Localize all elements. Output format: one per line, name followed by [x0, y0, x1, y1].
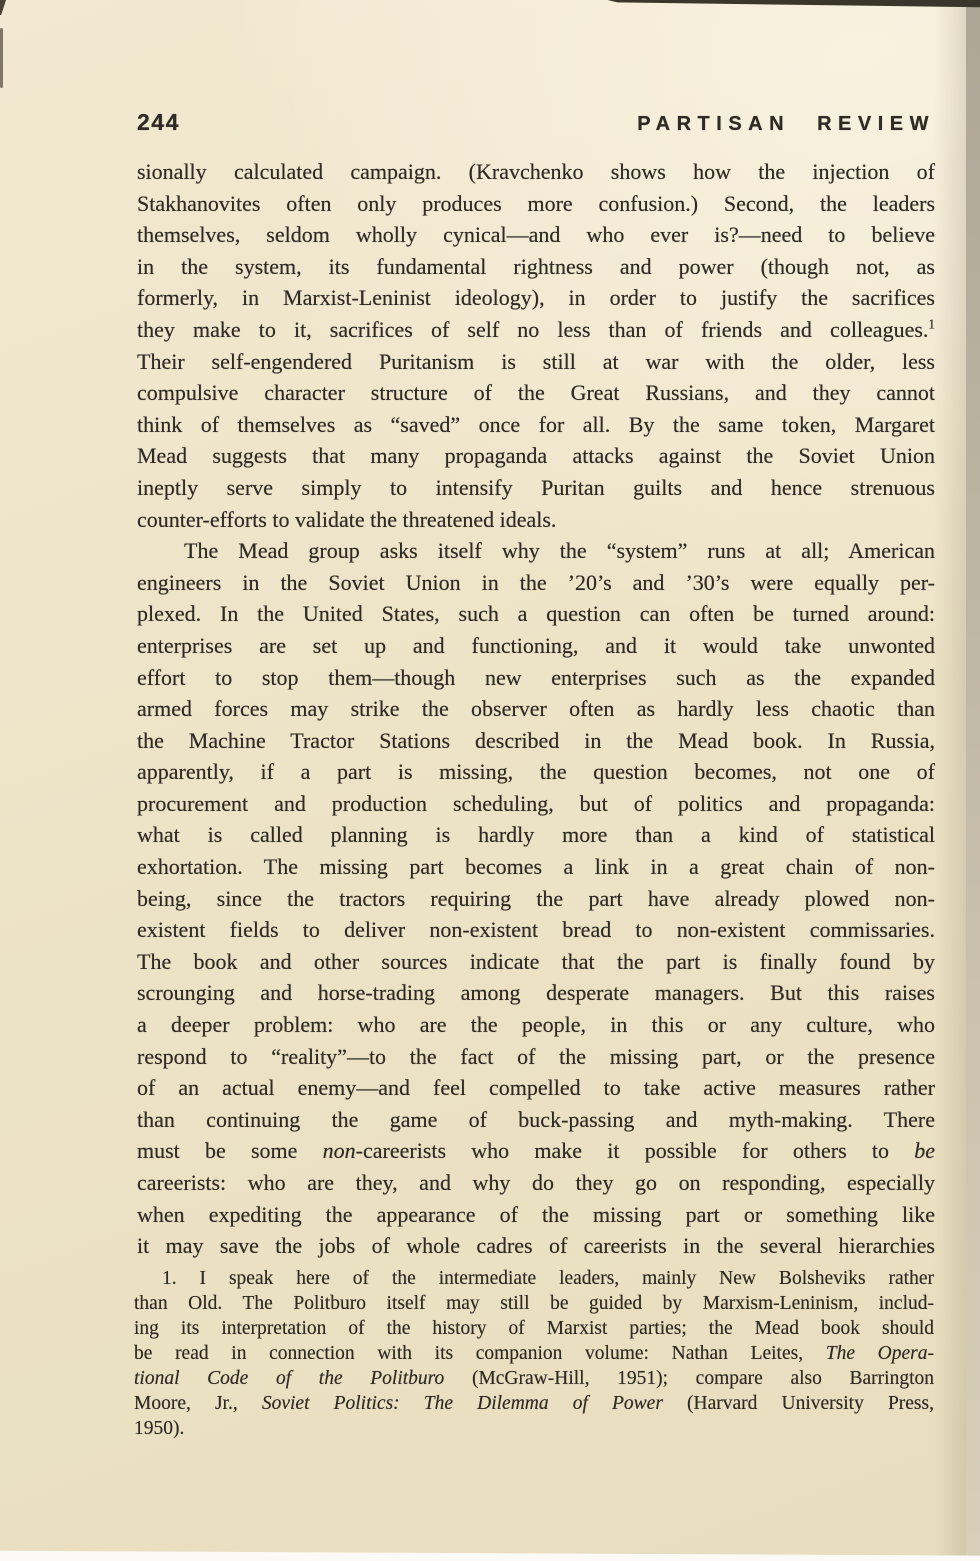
text-line: than Old. The Politburo itself may still… — [134, 1291, 934, 1316]
scanned-book-page: 244 PARTISAN REVIEW sionally calculated … — [0, 0, 980, 1561]
italic-text: The Opera- — [826, 1343, 934, 1364]
text-line: Their self-engendered Puritanism is stil… — [137, 346, 935, 378]
page-curl-shadow — [934, 0, 966, 1561]
paragraph-1: sionally calculated campaign. (Kravchenk… — [137, 156, 935, 535]
text-line: being, since the tractors requiring the … — [137, 883, 935, 915]
text-line: procurement and production scheduling, b… — [137, 788, 935, 820]
text-line: must be some non-careerists who make it … — [137, 1135, 935, 1167]
text-line: apparently, if a part is missing, the qu… — [137, 756, 935, 788]
text-line: the Machine Tractor Stations described i… — [137, 725, 935, 757]
text-line: The book and other sources indicate that… — [137, 946, 935, 978]
scan-artifact-top-edge — [0, 0, 980, 8]
text-line: when expediting the appearance of the mi… — [137, 1199, 935, 1231]
scan-artifact-left-edge — [0, 28, 3, 88]
text-line: think of themselves as “saved” once for … — [137, 409, 935, 441]
text-line: armed forces may strike the observer oft… — [137, 693, 935, 725]
text-line: formerly, in Marxist-Leninist ideology),… — [137, 282, 935, 314]
page-number: 244 — [137, 109, 180, 136]
text-line: exhortation. The missing part becomes a … — [137, 851, 935, 883]
text-line: Moore, Jr., Soviet Politics: The Dilemma… — [134, 1391, 934, 1416]
italic-text: Soviet Politics: The Dilemma of Power — [262, 1393, 663, 1414]
footnote: 1. I speak here of the intermediate lead… — [134, 1266, 934, 1441]
text-line: themselves, seldom wholly cynical—and wh… — [137, 219, 935, 251]
paragraph-2: The Mead group asks itself why the “syst… — [137, 535, 935, 1262]
text-line: counter-efforts to validate the threaten… — [137, 504, 935, 536]
text-line: enterprises are set up and functioning, … — [137, 630, 935, 662]
text-line: they make to it, sacrifices of self no l… — [137, 314, 935, 346]
scan-artifact-top-left-corner — [0, 0, 6, 15]
text-line: scrounging and horse-trading among despe… — [137, 977, 935, 1009]
scan-bed-bottom-strip — [0, 1549, 980, 1561]
text-line: what is called planning is hardly more t… — [137, 819, 935, 851]
text-line: compulsive character structure of the Gr… — [137, 377, 935, 409]
text-line: The Mead group asks itself why the “syst… — [137, 535, 935, 567]
italic-text: tional Code of the Politburo — [134, 1368, 444, 1389]
text-line: be read in connection with its companion… — [134, 1341, 934, 1366]
text-line: of an actual enemy—and feel compelled to… — [137, 1072, 935, 1104]
text-line: Stakhanovites often only produces more c… — [137, 188, 935, 220]
text-line: tional Code of the Politburo (McGraw-Hil… — [134, 1366, 934, 1391]
italic-text: non — [323, 1138, 356, 1163]
text-line: it may save the jobs of whole cadres of … — [137, 1230, 935, 1262]
text-line: plexed. In the United States, such a que… — [137, 598, 935, 630]
text-line: sionally calculated campaign. (Kravchenk… — [137, 156, 935, 188]
text-line: effort to stop them—though new enterpris… — [137, 662, 935, 694]
italic-text: be — [914, 1138, 935, 1163]
text-line: respond to “reality”—to the fact of the … — [137, 1041, 935, 1073]
right-page-edge — [966, 0, 980, 1561]
text-line: ing its interpretation of the history of… — [134, 1316, 934, 1341]
page-header: 244 PARTISAN REVIEW — [137, 109, 935, 136]
journal-title: PARTISAN REVIEW — [637, 113, 935, 136]
text-line: in the system, its fundamental rightness… — [137, 251, 935, 283]
text-line: 1. I speak here of the intermediate lead… — [134, 1266, 934, 1291]
text-line: 1950). — [134, 1416, 934, 1441]
article-body: sionally calculated campaign. (Kravchenk… — [137, 156, 935, 1262]
text-line: engineers in the Soviet Union in the ’20… — [137, 567, 935, 599]
text-line: than continuing the game of buck-passing… — [137, 1104, 935, 1136]
text-line: careerists: who are they, and why do the… — [137, 1167, 935, 1199]
text-line: a deeper problem: who are the people, in… — [137, 1009, 935, 1041]
text-line: existent fields to deliver non-existent … — [137, 914, 935, 946]
text-line: ineptly serve simply to intensify Purita… — [137, 472, 935, 504]
text-line: Mead suggests that many propaganda attac… — [137, 440, 935, 472]
